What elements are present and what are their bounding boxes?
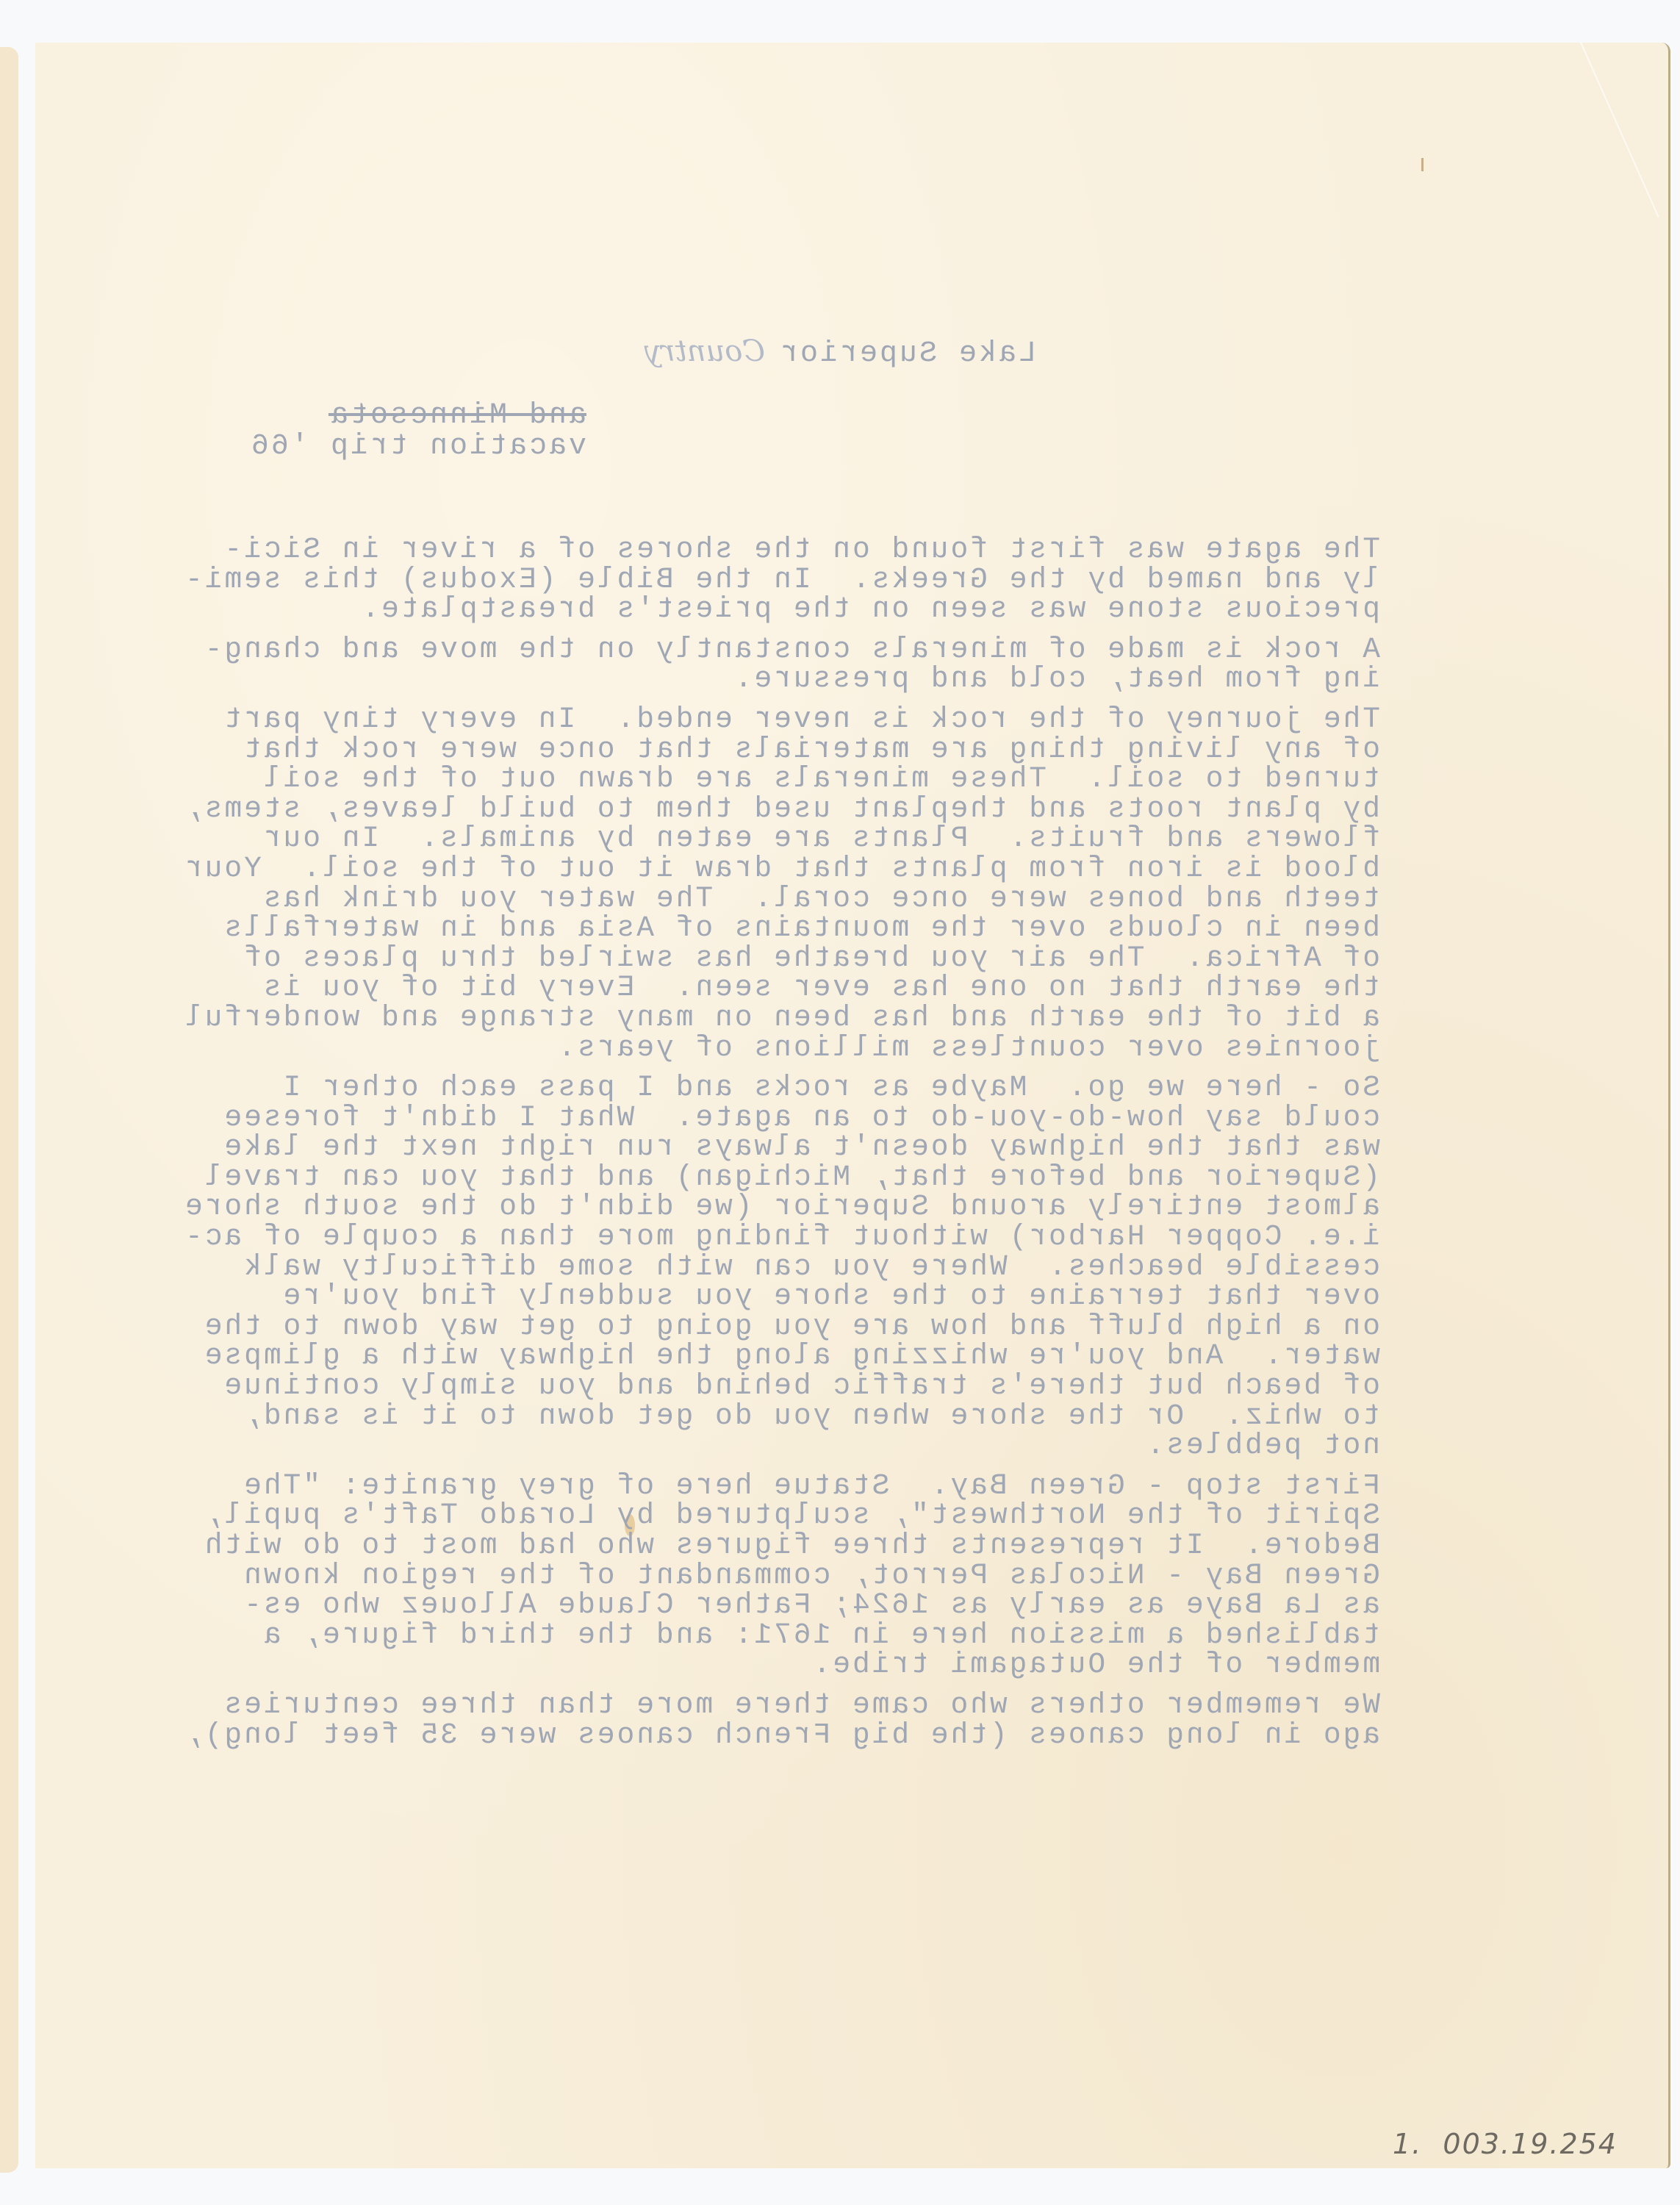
subtitle-text: vacation trip '66 [249, 430, 586, 463]
catalog-number: 1. 003.19.254 [1393, 2128, 1618, 2160]
document-body: The agate was first found on the shores … [219, 535, 1380, 1760]
title-text: Lake Superior [778, 337, 1036, 370]
document-title: Lake SuperiorCountry [478, 334, 1036, 370]
paragraph-rock-journey: The journey of the rock is never ended. … [219, 705, 1380, 1063]
paragraph-green-bay: First stop - Green Bay. Statue here of g… [219, 1471, 1380, 1680]
paragraph-here-we-go: So - here we go. Maybe as rocks and I pa… [219, 1073, 1380, 1461]
document-subtitle: and Minnesota vacation trip '66 [234, 401, 586, 462]
paragraph-agate-origin: The agate was first found on the shores … [219, 535, 1380, 625]
paper-mark [1421, 158, 1424, 171]
paragraph-rock-minerals: A rock is made of minerals constantly on… [219, 635, 1380, 695]
adjacent-page-edge [0, 47, 18, 2173]
paragraph-canoes: We remember others who came there more t… [219, 1690, 1380, 1750]
struck-subtitle: and Minnesota [234, 401, 586, 431]
handwritten-annotation: Country [645, 334, 765, 368]
